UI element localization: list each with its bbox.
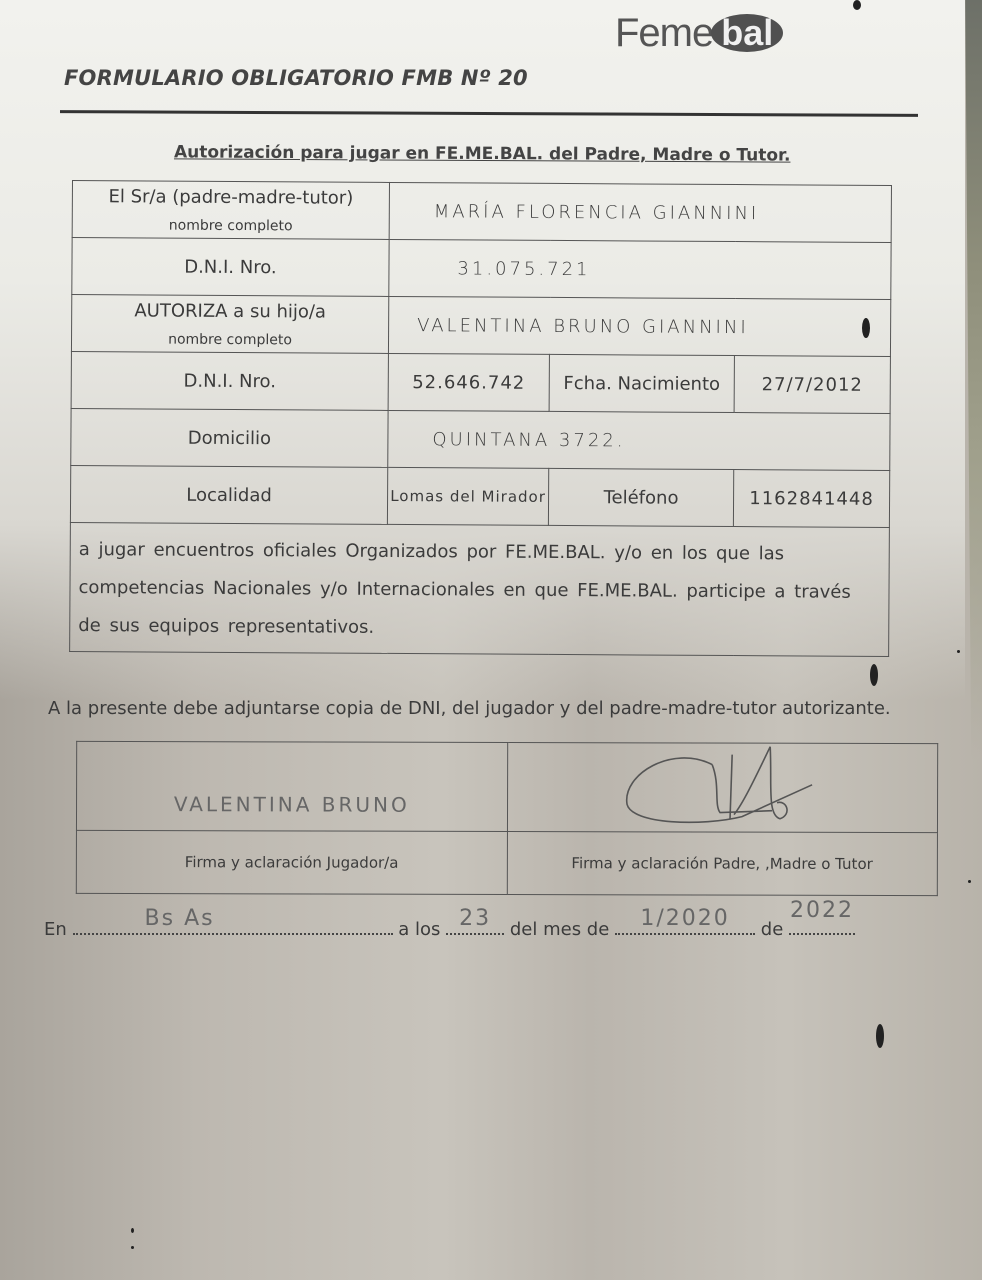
- month-label: del mes de: [510, 919, 609, 940]
- guardian-name-label: El Sr/a (padre-madre-tutor) nombre compl…: [72, 181, 389, 240]
- ink-speck: [131, 1228, 134, 1233]
- player-signature-caption: Firma y aclaración Jugador/a: [76, 830, 507, 894]
- authorization-text-row: a jugar encuentros oficiales Organizados…: [70, 522, 890, 656]
- place-field[interactable]: Bs As: [73, 915, 393, 935]
- child-name-label: AUTORIZA a su hijo/a nombre completo: [71, 295, 388, 354]
- child-dni-row: D.N.I. Nro. 52.646.742 Fcha. Nacimiento …: [71, 351, 890, 413]
- year-label: de: [761, 919, 784, 940]
- child-dni-value[interactable]: 52.646.742: [388, 353, 549, 411]
- date-line: En Bs As a los 23 del mes de 1/2020 de 2…: [44, 915, 855, 940]
- authorization-table: El Sr/a (padre-madre-tutor) nombre compl…: [69, 180, 892, 657]
- birth-date-label: Fcha. Nacimiento: [549, 354, 734, 412]
- birth-date-value[interactable]: 27/7/2012: [734, 356, 890, 414]
- signature-table: VALENTINA BRUNO Firma y aclaración Jugad…: [76, 741, 938, 896]
- guardian-name-value[interactable]: MARÍA FLORENCIA GIANNINI: [389, 182, 891, 242]
- phone-value[interactable]: 1162841448: [733, 470, 889, 528]
- address-value[interactable]: QUINTANA 3722.: [388, 410, 890, 470]
- child-name-value[interactable]: VALENTINA BRUNO GIANNINI: [388, 296, 890, 356]
- date-prefix: En: [44, 919, 67, 940]
- ink-speck: [957, 650, 960, 653]
- child-name-row: AUTORIZA a su hijo/a nombre completo VAL…: [71, 295, 890, 357]
- ink-speck: [968, 880, 971, 883]
- child-dni-label: D.N.I. Nro.: [71, 351, 388, 410]
- locality-value[interactable]: Lomas del Mirador: [387, 467, 548, 525]
- guardian-name-row: El Sr/a (padre-madre-tutor) nombre compl…: [72, 181, 891, 243]
- address-label: Domicilio: [71, 408, 388, 467]
- ink-speck: [853, 0, 861, 10]
- phone-label: Teléfono: [548, 468, 733, 526]
- authorization-text: a jugar encuentros oficiales Organizados…: [70, 522, 890, 656]
- form-title: FORMULARIO OBLIGATORIO FMB Nº 20: [64, 66, 528, 90]
- year-field[interactable]: 2022: [789, 915, 855, 935]
- ink-speck: [870, 664, 878, 686]
- form-subtitle: Autorización para jugar en FE.ME.BAL. de…: [174, 142, 791, 165]
- address-row: Domicilio QUINTANA 3722.: [71, 408, 890, 470]
- month-field[interactable]: 1/2020: [615, 915, 755, 935]
- locality-label: Localidad: [70, 465, 387, 524]
- guardian-signature-caption: Firma y aclaración Padre, ,Madre o Tutor: [507, 831, 938, 895]
- day-field[interactable]: 23: [446, 915, 504, 935]
- day-label: a los: [398, 919, 440, 940]
- ink-speck: [862, 318, 870, 338]
- ink-speck: [876, 1024, 884, 1048]
- ink-speck: [131, 1246, 134, 1249]
- locality-row: Localidad Lomas del Mirador Teléfono 116…: [70, 465, 889, 527]
- player-signature-box[interactable]: VALENTINA BRUNO: [76, 741, 507, 831]
- guardian-dni-label: D.N.I. Nro.: [72, 238, 389, 297]
- guardian-dni-row: D.N.I. Nro. 31.075.721: [72, 238, 891, 300]
- attachment-note: A la presente debe adjuntarse copia de D…: [48, 698, 891, 719]
- player-signature: VALENTINA BRUNO: [174, 792, 410, 817]
- logo-badge: bal: [711, 14, 783, 52]
- guardian-dni-value[interactable]: 31.075.721: [389, 239, 891, 299]
- guardian-signature-scribble-icon: [602, 744, 842, 827]
- femebal-logo: Feme bal: [615, 8, 783, 58]
- guardian-signature-box[interactable]: [507, 743, 938, 833]
- logo-text: Feme: [615, 11, 713, 56]
